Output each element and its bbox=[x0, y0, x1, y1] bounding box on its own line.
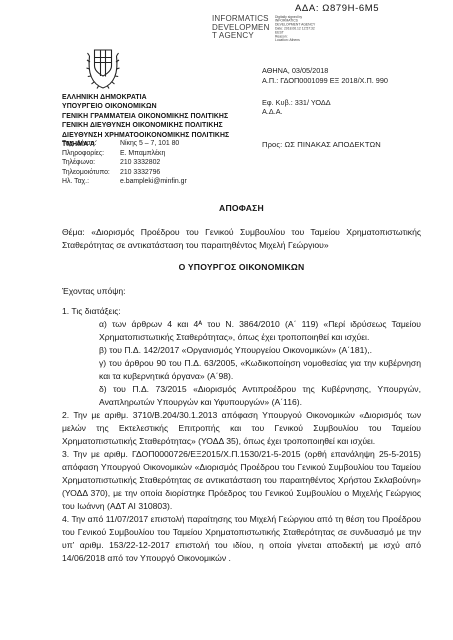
stamp-signature-details: Digitally signed by INFORMATICS DEVELOPM… bbox=[275, 15, 355, 42]
meta-block: ΑΘΗΝΑ, 03/05/2018 Α.Π.: ΓΔΟΠ0001099 ΕΞ 2… bbox=[262, 66, 388, 117]
spacer bbox=[262, 86, 388, 98]
decision-heading: ΑΠΟΦΑΣΗ bbox=[62, 202, 421, 215]
list-subitem-d: δ) του Π.Δ. 73/2015 «Διορισμός Αντιπροέδ… bbox=[99, 383, 421, 409]
letterhead-line-secretariat: ΓΕΝΙΚΗ ΓΡΑΜΜΑΤΕΙΑ ΟΙΚΟΝΟΜΙΚΗΣ ΠΟΛΙΤΙΚΗΣ bbox=[62, 112, 229, 121]
document-page: ΑΔΑ: Ω879Η-6Μ5 INFORMATICS DEVELOPMEN T … bbox=[0, 0, 453, 640]
contact-label: Ταχ. Δ/νση: bbox=[62, 139, 120, 149]
list-subitem-c: γ) του άρθρου 90 του Π.Δ. 63/2005, «Κωδι… bbox=[99, 357, 421, 383]
ada-label: Α.Δ.Α. bbox=[262, 107, 388, 117]
minister-heading: Ο ΥΠΟΥΡΓΟΣ ΟΙΚΟΝΟΜΙΚΩΝ bbox=[62, 261, 421, 274]
preamble-line: Έχοντας υπόψη: bbox=[62, 285, 421, 298]
stamp-detail-line: Location: Athens bbox=[275, 38, 355, 42]
stamp-agency-line: T AGENCY bbox=[212, 32, 270, 41]
contact-row-fax: Τηλεομοιότυπο: 210 3332796 bbox=[62, 168, 187, 178]
contact-value: Ε. Μπαμπλέκη bbox=[120, 149, 165, 159]
gazette-reference: Εφ. Κυβ.: 331/ ΥΟΔΔ bbox=[262, 98, 388, 108]
contact-label: Τηλεομοιότυπο: bbox=[62, 168, 120, 178]
greek-coat-of-arms-icon bbox=[83, 43, 123, 90]
letterhead-line-ministry: ΥΠΟΥΡΓΕΙΟ ΟΙΚΟΝΟΜΙΚΩΝ bbox=[62, 102, 229, 111]
document-body: ΑΠΟΦΑΣΗ Θέμα: «Διορισμός Προέδρου του Γε… bbox=[62, 202, 421, 565]
contact-label: Ηλ. Ταχ.: bbox=[62, 177, 120, 187]
city-date: ΑΘΗΝΑ, 03/05/2018 bbox=[262, 66, 388, 76]
list-item-4: 4. Την από 11/07/2017 επιστολή παραίτηση… bbox=[62, 513, 421, 565]
protocol-number: Α.Π.: ΓΔΟΠ0001099 ΕΞ 2018/Χ.Π. 990 bbox=[262, 76, 388, 86]
contact-value: 210 3332802 bbox=[120, 158, 160, 168]
contact-row-phone: Τηλέφωνο: 210 3332802 bbox=[62, 158, 187, 168]
letterhead-line-directorate-general: ΓΕΝΙΚΗ ΔΙΕΥΘΥΝΣΗ ΟΙΚΟΝΟΜΙΚΗΣ ΠΟΛΙΤΙΚΗΣ bbox=[62, 121, 229, 130]
contact-row-information: Πληροφορίες: Ε. Μπαμπλέκη bbox=[62, 149, 187, 159]
stamp-agency-name: INFORMATICS DEVELOPMEN T AGENCY bbox=[212, 15, 270, 41]
contact-value: Νίκης 5 – 7, 101 80 bbox=[120, 139, 179, 149]
contact-email-value: e.bampleki@minfin.gr bbox=[120, 177, 187, 187]
contact-row-email: Ηλ. Ταχ.: e.bampleki@minfin.gr bbox=[62, 177, 187, 187]
contact-value: 210 3332796 bbox=[120, 168, 160, 178]
contact-block: Ταχ. Δ/νση: Νίκης 5 – 7, 101 80 Πληροφορ… bbox=[62, 139, 187, 187]
contact-label: Πληροφορίες: bbox=[62, 149, 120, 159]
list-item-2: 2. Την με αριθμ. 3710/Β.204/30.1.2013 απ… bbox=[62, 409, 421, 448]
recipient-line: Προς: ΩΣ ΠΙΝΑΚΑΣ ΑΠΟΔΕΚΤΩΝ bbox=[262, 140, 381, 149]
list-item-1-intro: 1. Τις διατάξεις: bbox=[62, 305, 421, 318]
contact-label: Τηλέφωνο: bbox=[62, 158, 120, 168]
contact-row-address: Ταχ. Δ/νση: Νίκης 5 – 7, 101 80 bbox=[62, 139, 187, 149]
letterhead-line-republic: ΕΛΛΗΝΙΚΗ ΔΗΜΟΚΡΑΤΙΑ bbox=[62, 93, 229, 102]
list-subitem-a: α) των άρθρων 4 και 4ᴬ του Ν. 3864/2010 … bbox=[99, 318, 421, 344]
list-item-3: 3. Την με αριθμ. ΓΔΟΠ0000726/ΕΞ2015/Χ.Π.… bbox=[62, 448, 421, 513]
ada-code: ΑΔΑ: Ω879Η-6Μ5 bbox=[295, 3, 379, 14]
list-subitem-b: β) του Π.Δ. 142/2017 «Οργανισμός Υπουργε… bbox=[99, 344, 421, 357]
subject-paragraph: Θέμα: «Διορισμός Προέδρου του Γενικού Συ… bbox=[62, 226, 421, 252]
